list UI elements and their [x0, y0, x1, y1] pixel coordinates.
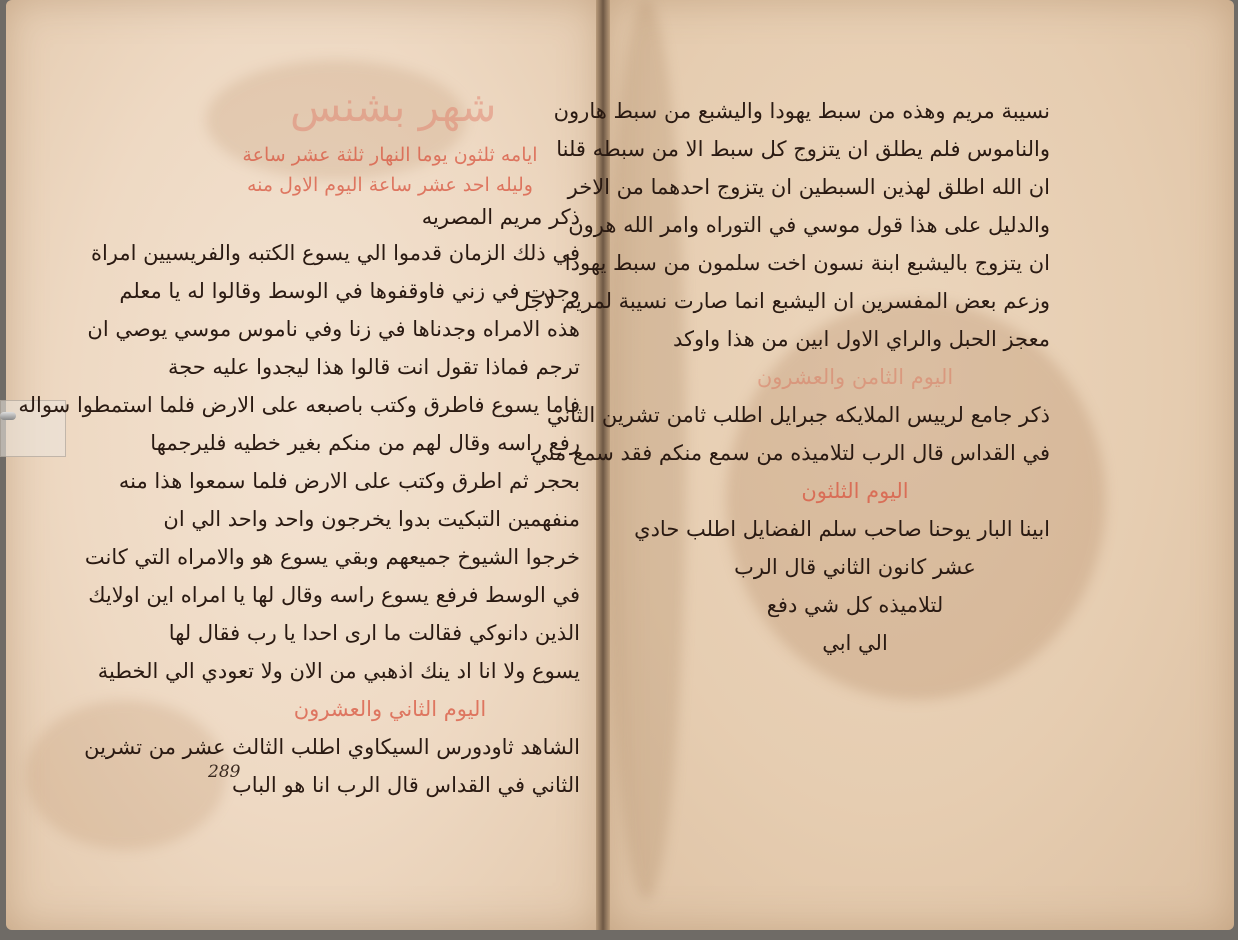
text-line: فاما يسوع فاطرق وكتب باصبعه على الارض فل… — [200, 386, 580, 424]
right-text: نسيبة مريم وهذه من سبط يهودا واليشبع من … — [660, 92, 1050, 662]
text-line: الثاني في القداس قال الرب انا هو الباب — [200, 766, 580, 804]
text-line: نسيبة مريم وهذه من سبط يهودا واليشبع من … — [660, 92, 1050, 130]
text-line: ان يتزوج باليشبع ابنة نسون اخت سلمون من … — [660, 244, 1050, 282]
text-line: في ذلك الزمان قدموا الي يسوع الكتبه والف… — [200, 234, 580, 272]
section-rubric: اليوم الثاني والعشرون — [200, 690, 580, 728]
text-line: والناموس فلم يطلق ان يتزوج كل سبط الا من… — [660, 130, 1050, 168]
text-line: وزعم بعض المفسرين ان اليشبع انما صارت نس… — [660, 282, 1050, 320]
text-line: ذكر جامع لرييس الملايكه جبرايل اطلب ثامن… — [660, 396, 1050, 434]
text-line: الي ابي — [660, 624, 1050, 662]
section-rubric: اليوم الثامن والعشرون — [660, 358, 1050, 396]
text-line: ابينا البار يوحنا صاحب سلم الفضايل اطلب … — [660, 510, 1050, 548]
rubric-line: وليله احد عشر ساعة اليوم الاول منه — [200, 170, 580, 200]
text-line: في القداس قال الرب لتلاميذه من سمع منكم … — [660, 434, 1050, 472]
text-line: لتلاميذه كل شي دفع — [660, 586, 1050, 624]
title-rubric: شهر بشنس — [290, 82, 496, 131]
text-line: يسوع ولا انا اد ينك اذهبي من الان ولا تع… — [200, 652, 580, 690]
text-line: الشاهد ثاودورس السيكاوي اطلب الثالث عشر … — [200, 728, 580, 766]
text-line: رفع راسه وقال لهم من منكم بغير خطيه فلير… — [200, 424, 580, 462]
text-line: معجز الحبل والراي الاول ابين من هذا واوك… — [660, 320, 1050, 358]
text-line: منفهمين التبكيت بدوا يخرجون واحد واحد ال… — [200, 500, 580, 538]
text-line: في الوسط فرفع يسوع راسه وقال لها يا امرا… — [200, 576, 580, 614]
text-line: الذين دانوكي فقالت ما ارى احدا يا رب فقا… — [200, 614, 580, 652]
rubric-line: ايامه ثلثون يوما النهار ثلثة عشر ساعة — [200, 140, 580, 170]
text-line: ان الله اطلق لهذين السبطين ان يتزوج احده… — [660, 168, 1050, 206]
text-line: ترجم فماذا تقول انت قالوا هذا ليجدوا علي… — [200, 348, 580, 386]
text-line: ذكر مريم المصريه — [200, 200, 580, 234]
section-rubric: اليوم الثلثون — [660, 472, 1050, 510]
clip-icon — [0, 412, 16, 420]
text-line: بحجر ثم اطرق وكتب على الارض فلما سمعوا ه… — [200, 462, 580, 500]
text-line: والدليل على هذا قول موسي في التوراه وامر… — [660, 206, 1050, 244]
text-line: عشر كانون الثاني قال الرب — [660, 548, 1050, 586]
left-text: ايامه ثلثون يوما النهار ثلثة عشر ساعة ول… — [200, 140, 580, 804]
text-line: خرجوا الشيوخ جميعهم وبقي يسوع هو والامرا… — [200, 538, 580, 576]
folio-number: 289 — [208, 762, 240, 782]
